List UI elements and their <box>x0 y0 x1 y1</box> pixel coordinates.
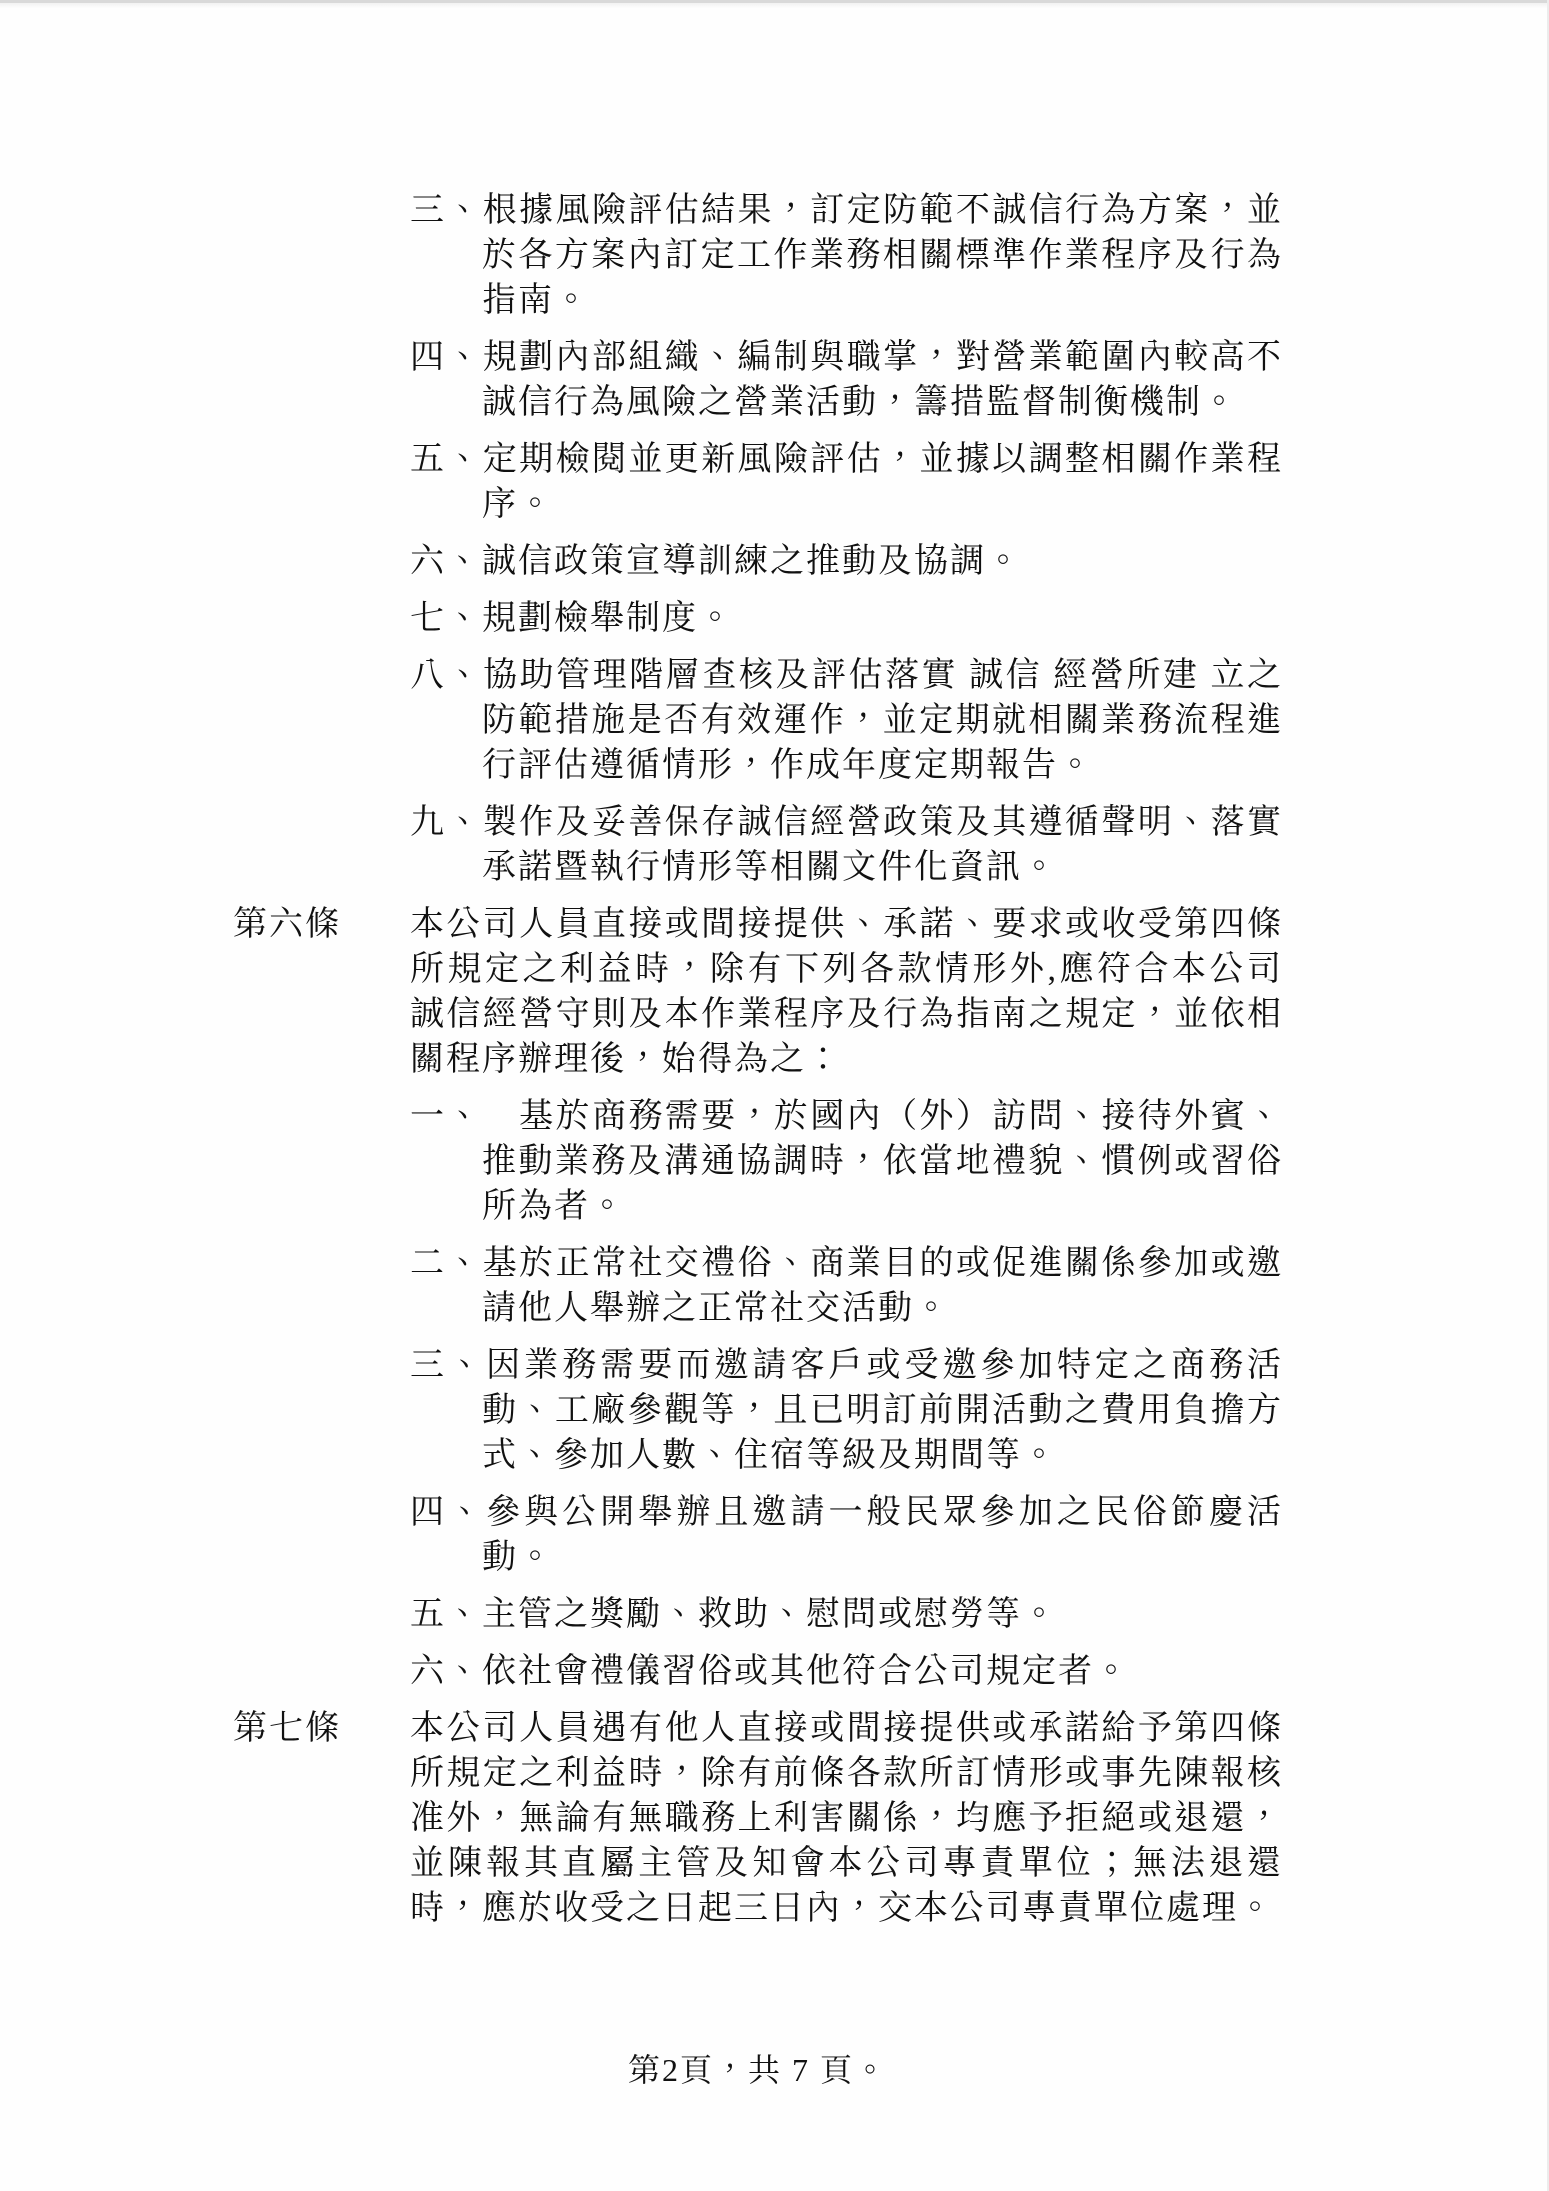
paragraph-text: 六、依社會禮儀習俗或其他符合公司規定者。 <box>410 1649 1283 1694</box>
paragraph-text: 本公司人員直接或間接提供、承諾、要求或收受第四條所規定之利益時，除有下列各款情形… <box>410 902 1283 1082</box>
list-item-row: 三、根據風險評估結果，訂定防範不誠信行為方案，並於各方案內訂定工作業務相關標準作… <box>233 188 1283 323</box>
list-item-row: 四、參與公開舉辦且邀請一般民眾參加之民俗節慶活動。 <box>233 1490 1283 1580</box>
article-row: 第七條本公司人員遇有他人直接或間接提供或承諾給予第四條所規定之利益時，除有前條各… <box>233 1706 1283 1931</box>
list-item-row: 八、協助管理階層查核及評估落實 誠信 經營所建 立之防範措施是否有效運作，並定期… <box>233 653 1283 788</box>
list-item-row: 一、 基於商務需要，於國內（外）訪問、接待外賓、推動業務及溝通協調時，依當地禮貌… <box>233 1094 1283 1229</box>
list-item-row: 六、誠信政策宣導訓練之推動及協調。 <box>233 539 1283 584</box>
paragraph-text: 一、 基於商務需要，於國內（外）訪問、接待外賓、推動業務及溝通協調時，依當地禮貌… <box>410 1094 1283 1229</box>
list-item-row: 二、基於正常社交禮俗、商業目的或促進關係參加或邀請他人舉辦之正常社交活動。 <box>233 1241 1283 1331</box>
paragraph-text: 本公司人員遇有他人直接或間接提供或承諾給予第四條所規定之利益時，除有前條各款所訂… <box>410 1706 1283 1931</box>
paragraph-text: 八、協助管理階層查核及評估落實 誠信 經營所建 立之防範措施是否有效運作，並定期… <box>410 653 1283 788</box>
paragraph-text: 四、參與公開舉辦且邀請一般民眾參加之民俗節慶活動。 <box>410 1490 1283 1580</box>
article-number: 第七條 <box>233 1706 410 1751</box>
paragraph-text: 九、製作及妥善保存誠信經營政策及其遵循聲明、落實承諾暨執行情形等相關文件化資訊。 <box>410 800 1283 890</box>
document-page: 三、根據風險評估結果，訂定防範不誠信行為方案，並於各方案內訂定工作業務相關標準作… <box>0 0 1549 2191</box>
list-item-row: 六、依社會禮儀習俗或其他符合公司規定者。 <box>233 1649 1283 1694</box>
list-item-row: 五、定期檢閱並更新風險評估，並據以調整相關作業程序。 <box>233 437 1283 527</box>
page-top-edge-shadow <box>0 3 1549 9</box>
paragraph-text: 二、基於正常社交禮俗、商業目的或促進關係參加或邀請他人舉辦之正常社交活動。 <box>410 1241 1283 1331</box>
page-footer: 第2頁，共 7 頁。 <box>233 2048 1283 2093</box>
paragraph-text: 六、誠信政策宣導訓練之推動及協調。 <box>410 539 1283 584</box>
paragraph-text: 四、規劃內部組織、編制與職掌，對營業範圍內較高不誠信行為風險之營業活動，籌措監督… <box>410 335 1283 425</box>
paragraph-text: 五、主管之獎勵、救助、慰問或慰勞等。 <box>410 1592 1283 1637</box>
paragraph-text: 三、根據風險評估結果，訂定防範不誠信行為方案，並於各方案內訂定工作業務相關標準作… <box>410 188 1283 323</box>
list-item-row: 九、製作及妥善保存誠信經營政策及其遵循聲明、落實承諾暨執行情形等相關文件化資訊。 <box>233 800 1283 890</box>
paragraph-text: 七、規劃檢舉制度。 <box>410 596 1283 641</box>
article-number: 第六條 <box>233 902 410 947</box>
paragraph-text: 五、定期檢閱並更新風險評估，並據以調整相關作業程序。 <box>410 437 1283 527</box>
list-item-row: 四、規劃內部組織、編制與職掌，對營業範圍內較高不誠信行為風險之營業活動，籌措監督… <box>233 335 1283 425</box>
list-item-row: 七、規劃檢舉制度。 <box>233 596 1283 641</box>
article-row: 第六條本公司人員直接或間接提供、承諾、要求或收受第四條所規定之利益時，除有下列各… <box>233 902 1283 1082</box>
list-item-row: 五、主管之獎勵、救助、慰問或慰勞等。 <box>233 1592 1283 1637</box>
document-body: 三、根據風險評估結果，訂定防範不誠信行為方案，並於各方案內訂定工作業務相關標準作… <box>233 188 1283 1931</box>
paragraph-text: 三、因業務需要而邀請客戶或受邀參加特定之商務活動、工廠參觀等，且已明訂前開活動之… <box>410 1343 1283 1478</box>
list-item-row: 三、因業務需要而邀請客戶或受邀參加特定之商務活動、工廠參觀等，且已明訂前開活動之… <box>233 1343 1283 1478</box>
